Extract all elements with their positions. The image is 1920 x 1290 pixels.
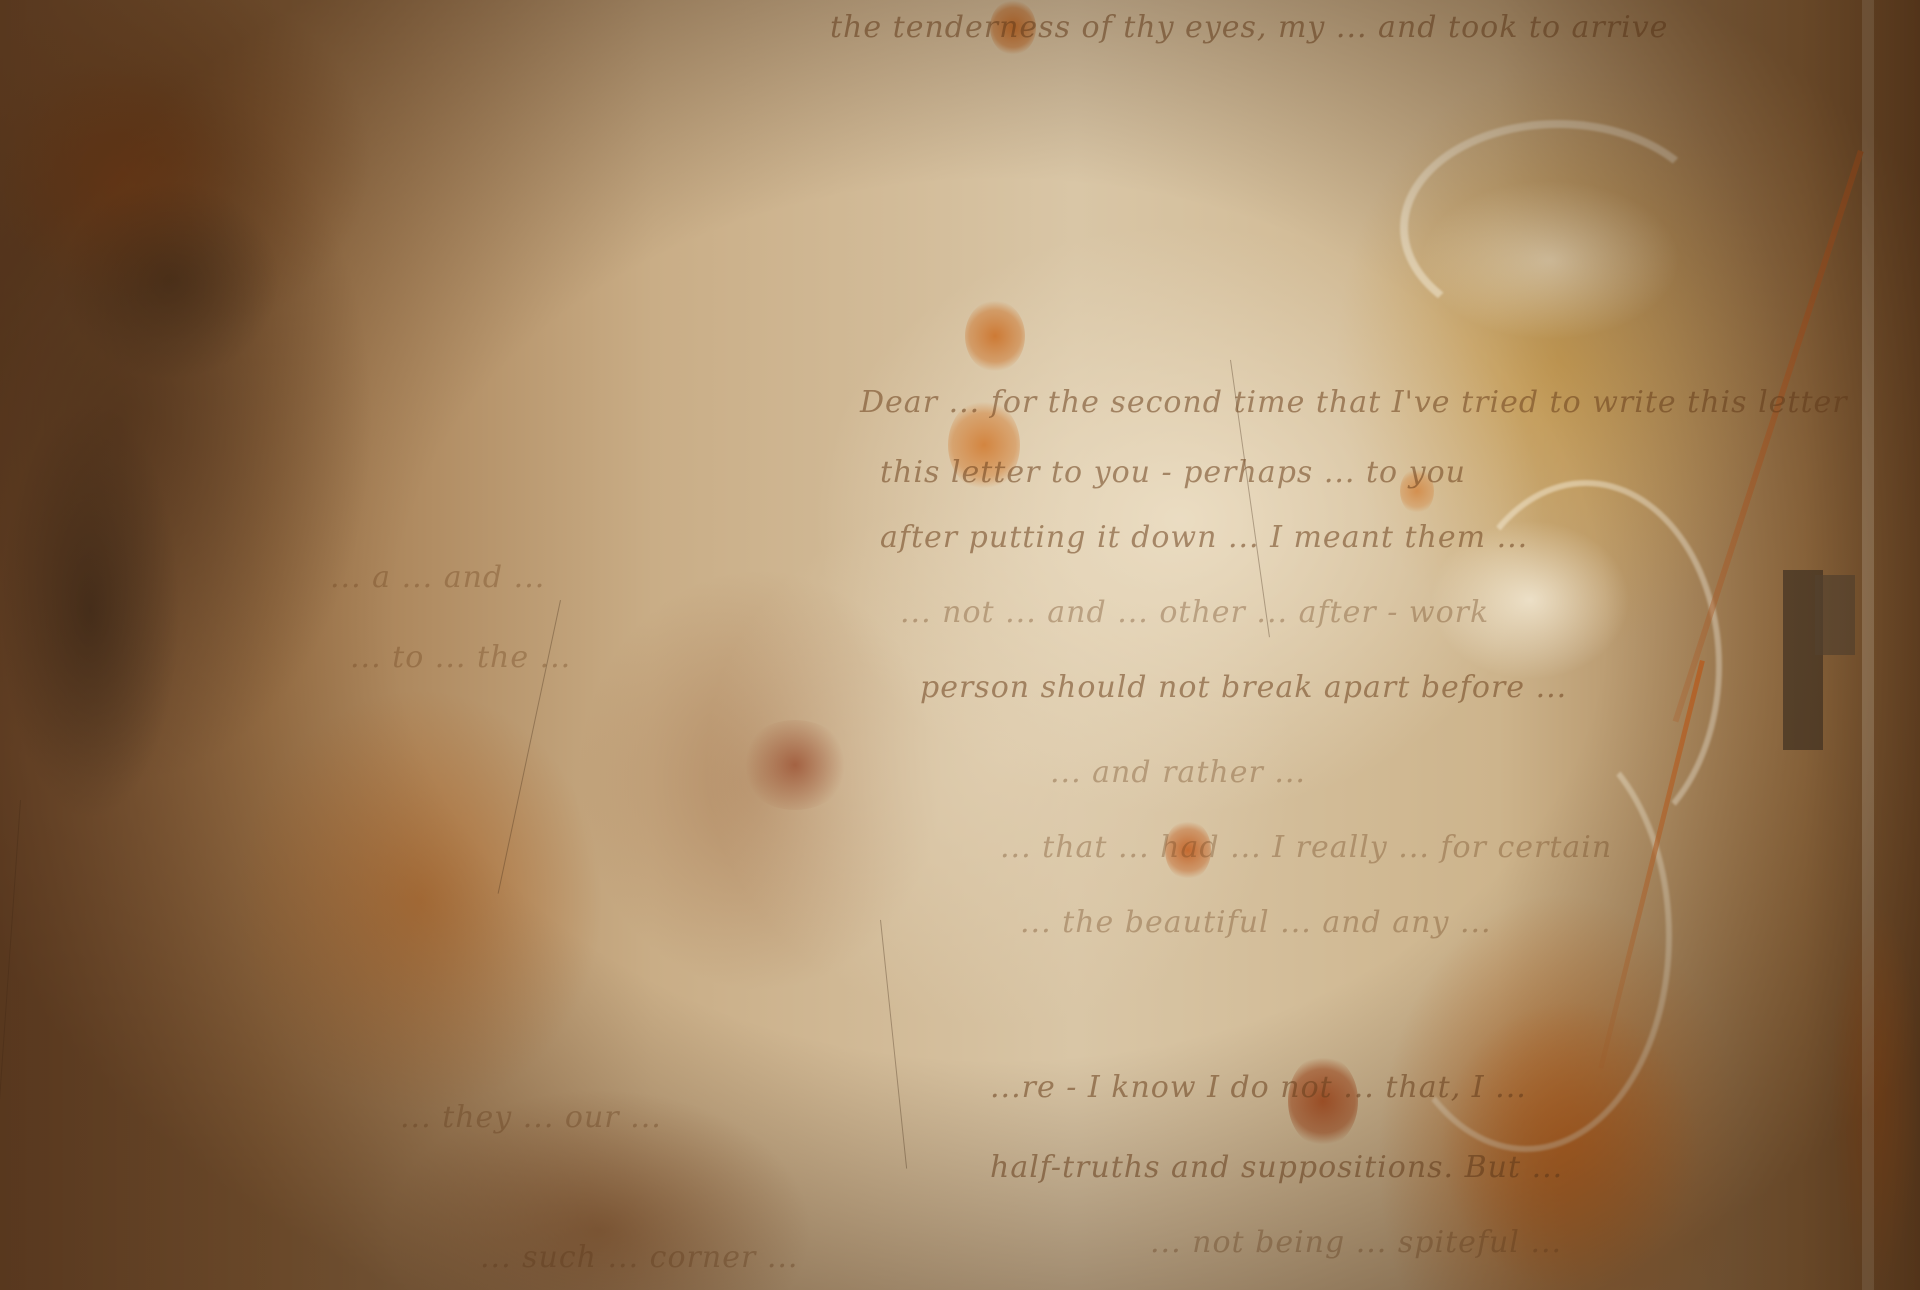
handwriting-line: ...re - I know I do not ... that, I ... bbox=[990, 1070, 1527, 1105]
handwriting-line: ... such ... corner ... bbox=[480, 1240, 798, 1275]
rust-stain bbox=[965, 300, 1025, 372]
rust-stain bbox=[740, 720, 850, 810]
handwriting-line: ... not ... and ... other ... after - wo… bbox=[900, 595, 1489, 630]
handwriting-line: ... that ... had ... I really ... for ce… bbox=[1000, 830, 1612, 865]
drapery-highlight bbox=[1420, 180, 1680, 340]
crack bbox=[0, 800, 21, 1099]
rust-stain bbox=[1830, 900, 1920, 1290]
handwriting-line: ... the beautiful ... and any ... bbox=[1020, 905, 1492, 940]
handwriting-line: ... to ... the ... bbox=[350, 640, 571, 675]
handwriting-line: Dear ... for the second time that I've t… bbox=[860, 385, 1848, 420]
dark-mottle bbox=[0, 400, 180, 820]
handwriting-line: ... a ... and ... bbox=[330, 560, 545, 595]
handwriting-line: person should not break apart before ... bbox=[920, 670, 1567, 705]
crack bbox=[880, 920, 907, 1169]
dark-mottle bbox=[60, 180, 280, 380]
handwriting-line: ... they ... our ... bbox=[400, 1100, 662, 1135]
handwriting-line: this letter to you - perhaps ... to you bbox=[880, 455, 1466, 490]
handwriting-line: ... not being ... spiteful ... bbox=[1150, 1225, 1562, 1260]
handwriting-line: ... and rather ... bbox=[1050, 755, 1306, 790]
dark-block bbox=[1815, 575, 1855, 655]
parchment-texture: the tenderness of thy eyes, my ... and t… bbox=[0, 0, 1920, 1290]
dark-block bbox=[1862, 0, 1874, 1290]
handwriting-line: after putting it down ... I meant them .… bbox=[880, 520, 1528, 555]
handwriting-line: half-truths and suppositions. But ... bbox=[990, 1150, 1563, 1185]
handwriting-line: the tenderness of thy eyes, my ... and t… bbox=[830, 10, 1668, 45]
